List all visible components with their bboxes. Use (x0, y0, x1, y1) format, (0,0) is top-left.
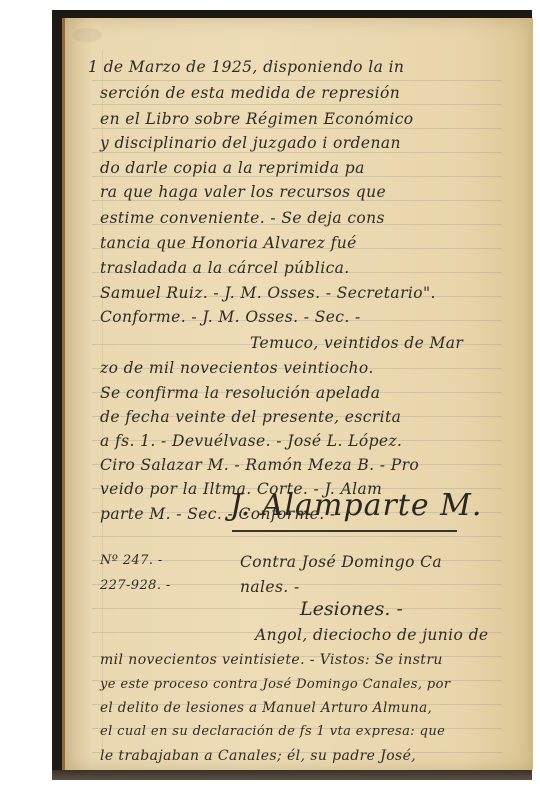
ruled-line (92, 128, 502, 129)
entry-2-line: zo de mil novecientos veintiocho. (100, 359, 374, 377)
entry-3-line: el delito de lesiones a Manuel Arturo Al… (100, 700, 432, 716)
entry-3-line: mil novecientos veintisiete. - Vistos: S… (100, 652, 443, 668)
entry-2-line: Ciro Salazar M. - Ramón Meza B. - Pro (100, 456, 419, 474)
entry-1-line: estime conveniente. - Se deja cons (100, 209, 385, 227)
entry-2-line: Temuco, veintidos de Mar (250, 334, 463, 352)
ruled-line (92, 104, 502, 105)
signature-underline (232, 530, 457, 532)
entry-2-line: de fecha veinte del presente, escrita (100, 408, 401, 426)
entry-3-line: le trabajaban a Canales; él, su padre Jo… (100, 748, 416, 764)
entry-1-line: en el Libro sobre Régimen Económico (100, 110, 414, 128)
entry-3-line: ye este proceso contra José Domingo Cana… (100, 677, 450, 692)
ruled-line (92, 608, 502, 609)
entry-1-line: tancia que Honoria Alvarez fué (100, 234, 357, 252)
ruled-line (92, 152, 502, 153)
case-reference: 227-928. - (100, 578, 171, 593)
case-title-line: Contra José Domingo Ca (240, 553, 442, 571)
entry-1-line: y disciplinario del juzgado i ordenan (100, 134, 401, 152)
signature: J. Alamparte M. (230, 488, 482, 523)
paper-stain (72, 28, 102, 42)
case-heading: Lesiones. - (300, 598, 403, 620)
entry-1-line: serción de esta medida de represión (100, 84, 400, 102)
page-edge-shadow (52, 770, 532, 780)
entry-number: Nº 247. - (100, 553, 163, 568)
entry-1-line: trasladada a la cárcel pública. (100, 259, 350, 277)
case-title-line: nales. - (240, 578, 300, 596)
entry-3-line: el cual en su declaración de fs 1 vta ex… (100, 724, 445, 739)
entry-1-line: Conforme. - J. M. Osses. - Sec. - (100, 308, 361, 326)
entry-1-line: ra que haga valer los recursos que (100, 183, 386, 201)
entry-1-line: do darle copia a la reprimida pa (100, 159, 365, 177)
entry-1-line: 1 de Marzo de 1925, disponiendo la in (88, 58, 404, 76)
entry-2-line: Se confirma la resolución apelada (100, 384, 380, 402)
ruled-line (92, 80, 502, 81)
entry-1-line: Samuel Ruiz. - J. M. Osses. - Secretario… (100, 284, 436, 302)
ruled-line (92, 536, 502, 537)
entry-2-line: a fs. 1. - Devuélvase. - José L. López. (100, 432, 402, 450)
entry-3-line: Angol, dieciocho de junio de (255, 626, 489, 644)
